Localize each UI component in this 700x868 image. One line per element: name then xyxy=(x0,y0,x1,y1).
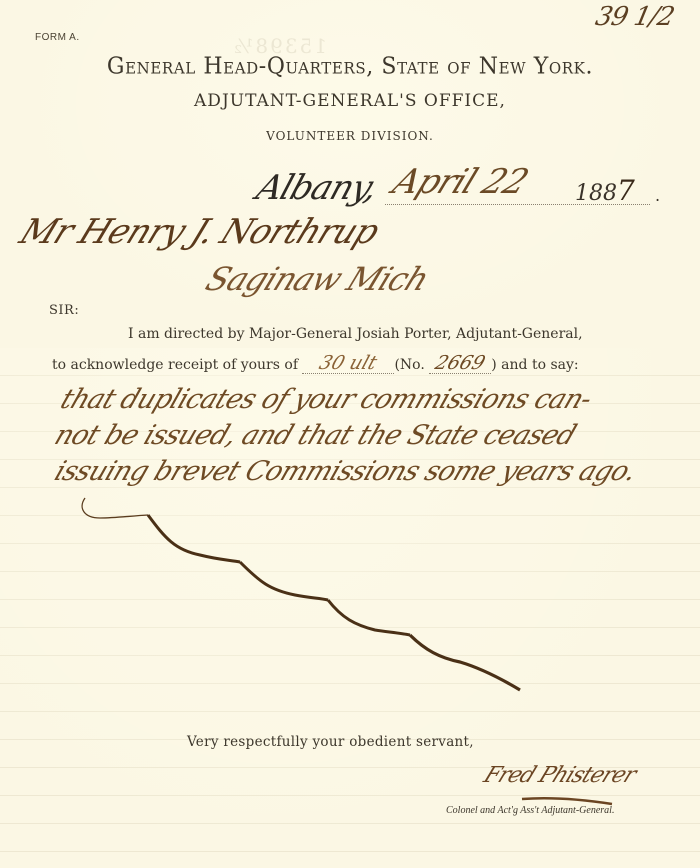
dateline-place: Albany, xyxy=(252,168,383,208)
dateline-year: 1887 xyxy=(575,174,635,207)
closing-line: Very respectfully your obedient servant, xyxy=(187,734,474,750)
addressee-location: Saginaw Mich xyxy=(200,260,434,298)
handwritten-line-3: issuing brevet Commissions some years ag… xyxy=(50,456,640,487)
year-handwritten: 7 xyxy=(617,174,635,207)
letter-number-field: 2669 xyxy=(429,356,491,374)
ink-flourish-icon xyxy=(70,490,530,700)
folio-number: 39 1/2 xyxy=(593,2,677,32)
dateline-period: . xyxy=(655,186,660,205)
addressee-name: Mr Henry J. Northrup xyxy=(14,212,385,252)
body-line-2: to acknowledge receipt of yours of 30 ul… xyxy=(52,356,579,374)
signature: Fred Phisterer xyxy=(480,763,639,788)
letterhead-title: General Head-Quarters, State of New York… xyxy=(0,53,700,79)
handwritten-line-1: that duplicates of your commissions can- xyxy=(56,384,595,415)
body-line-1: I am directed by Major-General Josiah Po… xyxy=(128,326,583,342)
dateline-date: April 22 xyxy=(387,162,534,202)
letterhead-division: VOLUNTEER DIVISION. xyxy=(0,129,700,143)
body-line-2-prefix: to acknowledge receipt of yours of xyxy=(52,357,298,373)
salutation: SIR: xyxy=(49,303,79,318)
letterhead-office: ADJUTANT-GENERAL'S OFFICE, xyxy=(0,91,700,111)
number-prefix: (No. xyxy=(394,357,424,373)
year-printed: 188 xyxy=(575,181,617,206)
form-label: FORM A. xyxy=(35,32,80,43)
letter-date-field: 30 ult xyxy=(302,356,394,374)
handwritten-line-2: not be issued, and that the State ceased xyxy=(50,420,579,451)
signer-title: Colonel and Act'g Ass't Adjutant-General… xyxy=(446,805,614,816)
body-line-2-suffix: ) and to say: xyxy=(491,357,578,373)
